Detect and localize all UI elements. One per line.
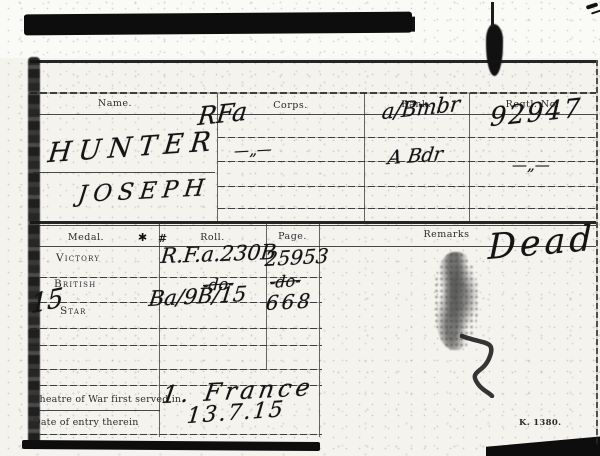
victory-page-value: 25953: [264, 244, 330, 271]
corps-value: RFa: [196, 97, 248, 132]
stain-squiggle: [448, 332, 510, 398]
medal-row-victory-label: Victory: [56, 252, 100, 264]
column-header-name: Name.: [20, 98, 210, 109]
victory-roll-value: R.F.a.230B: [160, 240, 278, 268]
theatre-of-war-label: Theatre of War first served in: [33, 394, 181, 405]
row-rule-4: [218, 208, 596, 209]
rank-regtl-divider: [469, 93, 470, 222]
corps-ditto-mark: —„—: [234, 140, 273, 160]
corps-rank-divider: [364, 93, 365, 222]
scan-artifact-top-bar: [24, 12, 412, 36]
date-bottom-rule: [30, 434, 322, 435]
row-rule-3: [218, 186, 596, 187]
medal-row-rule-4: [30, 345, 322, 346]
medal-section-top-rule: [30, 221, 596, 224]
theatre-label-rule: [30, 410, 160, 411]
header-top-rule: [30, 92, 596, 94]
star-page-value: 668: [265, 288, 314, 315]
scan-artifact-left-band: [28, 57, 40, 447]
card-right-border: [596, 60, 598, 446]
name-mid-rule: [33, 172, 215, 173]
rank-value-line2: A Bdr: [386, 143, 444, 169]
medal-table-header-medal: Medal.: [30, 232, 142, 243]
date-of-entry-label: Date of entry therein: [33, 417, 139, 428]
medal-row-rule-5: [30, 369, 322, 370]
row-rule-1: [218, 137, 596, 138]
medal-row-rule-3: [30, 328, 322, 329]
regimental-number-ditto-mark: —„—: [512, 156, 550, 174]
star-symbol-icon: ✱: [138, 231, 148, 244]
scan-artifact-ink-stem: [491, 2, 494, 27]
form-number: K. 1380.: [519, 418, 561, 428]
card-top-border: [30, 60, 596, 63]
medal-row-star-label: Star: [60, 305, 87, 317]
